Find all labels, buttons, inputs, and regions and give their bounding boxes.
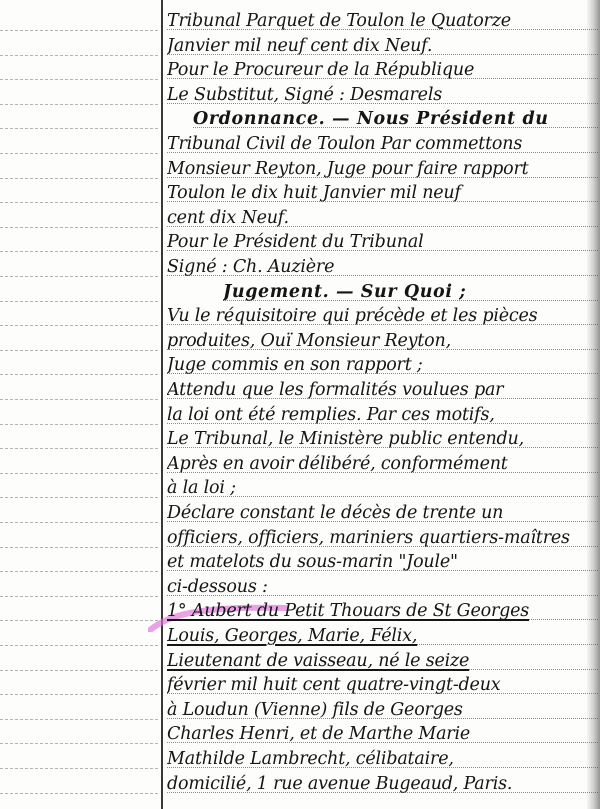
line-text: Attendu que les formalités voulues par — [167, 379, 503, 401]
handwritten-line: Lieutenant de vaisseau, né le seize — [167, 650, 598, 672]
margin-dotted-rule — [0, 350, 158, 351]
margin-dotted-rule — [0, 30, 158, 31]
line-text: février mil huit cent quatre-vingt-deux — [167, 674, 500, 696]
margin-dotted-rule — [0, 79, 158, 80]
line-text: Ordonnance. — Nous Président du — [193, 108, 549, 130]
margin-dotted-rule — [0, 424, 158, 425]
margin-dotted-rule — [0, 743, 158, 744]
margin-dotted-rule — [0, 473, 158, 474]
scanned-register-page: Tribunal Parquet de Toulon le QuatorzeJa… — [0, 0, 600, 809]
handwritten-line: Monsieur Reyton, Juge pour faire rapport — [167, 158, 598, 180]
margin-dotted-rule — [0, 768, 158, 769]
margin-dotted-rule — [0, 301, 158, 302]
margin-dotted-rule — [0, 251, 158, 252]
handwritten-line: Toulon le dix huit Janvier mil neuf — [167, 182, 598, 204]
margin-dotted-rule — [0, 374, 158, 375]
line-text: 1° Aubert du Petit Thouars de St Georges — [167, 600, 529, 622]
handwritten-line: Pour le Procureur de la République — [167, 59, 598, 81]
line-text: ci-dessous : — [167, 576, 268, 598]
line-text: Charles Henri, et de Marthe Marie — [167, 723, 470, 745]
handwritten-line: Le Substitut, Signé : Desmarels — [167, 84, 598, 106]
line-text: à Loudun (Vienne) fils de Georges — [167, 699, 463, 721]
handwritten-line: Janvier mil neuf cent dix Neuf. — [167, 35, 598, 57]
margin-dotted-rule — [0, 276, 158, 277]
handwritten-line: cent dix Neuf. — [167, 207, 598, 229]
line-text: produites, Ouï Monsieur Reyton, — [167, 330, 451, 352]
handwritten-line: Signé : Ch. Auzière — [167, 256, 598, 278]
handwritten-line: Déclare constant le décès de trente un — [167, 502, 598, 524]
handwritten-line: Ordonnance. — Nous Président du — [193, 108, 598, 130]
handwritten-line: Louis, Georges, Marie, Félix, — [167, 625, 598, 647]
handwritten-line: officiers, officiers, mariniers quartier… — [167, 527, 598, 549]
handwritten-line: Juge commis en son rapport ; — [167, 354, 598, 376]
handwritten-line: Après en avoir délibéré, conformément — [167, 453, 598, 475]
margin-dotted-rule — [0, 645, 158, 646]
handwritten-line: Tribunal Civil de Toulon Par commettons — [167, 133, 598, 155]
line-text: Lieutenant de vaisseau, né le seize — [167, 650, 469, 672]
handwritten-line: et matelots du sous-marin "Joule" — [167, 551, 598, 573]
handwritten-text-body: Tribunal Parquet de Toulon le QuatorzeJa… — [163, 0, 600, 809]
margin-dotted-rule — [0, 448, 158, 449]
margin-dotted-rule — [0, 670, 158, 671]
handwritten-line: ci-dessous : — [167, 576, 598, 598]
line-text: Vu le réquisitoire qui précède et les pi… — [167, 305, 537, 327]
line-text: Juge commis en son rapport ; — [167, 354, 423, 376]
line-text: cent dix Neuf. — [167, 207, 289, 229]
handwritten-line: à Loudun (Vienne) fils de Georges — [167, 699, 598, 721]
handwritten-line: Le Tribunal, le Ministère public entendu… — [167, 428, 598, 450]
margin-dotted-rule — [0, 793, 158, 794]
line-text: Jugement. — Sur Quoi ; — [223, 281, 466, 303]
line-text: Le Tribunal, le Ministère public entendu… — [167, 428, 524, 450]
margin-dotted-rule — [0, 571, 158, 572]
page-edge-shadow — [586, 0, 600, 809]
handwritten-line: 1° Aubert du Petit Thouars de St Georges — [167, 600, 598, 622]
margin-dotted-rule — [0, 153, 158, 154]
handwritten-line: Jugement. — Sur Quoi ; — [223, 281, 598, 303]
line-text: Signé : Ch. Auzière — [167, 256, 334, 278]
margin-dotted-rule — [0, 128, 158, 129]
margin-dotted-rule — [0, 522, 158, 523]
margin-dotted-rule — [0, 399, 158, 400]
line-text: Tribunal Parquet de Toulon le Quatorze — [167, 10, 511, 32]
line-text: à la loi ; — [167, 477, 236, 499]
line-text: Déclare constant le décès de trente un — [167, 502, 503, 524]
line-text: Pour le Procureur de la République — [167, 59, 474, 81]
handwritten-line: produites, Ouï Monsieur Reyton, — [167, 330, 598, 352]
margin-dotted-rule — [0, 227, 158, 228]
margin-dotted-rule — [0, 694, 158, 695]
left-margin — [0, 0, 160, 809]
margin-dotted-rule — [0, 325, 158, 326]
handwritten-line: Pour le Président du Tribunal — [167, 231, 598, 253]
line-text: la loi ont été remplies. Par ces motifs, — [167, 404, 495, 426]
margin-dotted-rule — [0, 178, 158, 179]
handwritten-line: Attendu que les formalités voulues par — [167, 379, 598, 401]
handwritten-line: à la loi ; — [167, 477, 598, 499]
handwritten-line: Tribunal Parquet de Toulon le Quatorze — [167, 10, 598, 32]
handwritten-line: février mil huit cent quatre-vingt-deux — [167, 674, 598, 696]
margin-dotted-rule — [0, 104, 158, 105]
margin-dotted-rule — [0, 497, 158, 498]
margin-dotted-rule — [0, 55, 158, 56]
handwritten-line: Mathilde Lambrecht, célibataire, — [167, 748, 598, 770]
line-text: Le Substitut, Signé : Desmarels — [167, 84, 442, 106]
line-text: Louis, Georges, Marie, Félix, — [167, 625, 417, 647]
margin-dotted-rule — [0, 547, 158, 548]
line-text: Après en avoir délibéré, conformément — [167, 453, 508, 475]
handwritten-line: Vu le réquisitoire qui précède et les pi… — [167, 305, 598, 327]
margin-dotted-rule — [0, 620, 158, 621]
line-text: Monsieur Reyton, Juge pour faire rapport — [167, 158, 529, 180]
line-text: et matelots du sous-marin "Joule" — [167, 551, 458, 573]
margin-dotted-rule — [0, 202, 158, 203]
line-text: Tribunal Civil de Toulon Par commettons — [167, 133, 522, 155]
line-text: Toulon le dix huit Janvier mil neuf — [167, 182, 461, 204]
handwritten-line: la loi ont été remplies. Par ces motifs, — [167, 404, 598, 426]
line-text: domicilié, 1 rue avenue Bugeaud, Paris. — [167, 773, 512, 795]
line-text: Pour le Président du Tribunal — [167, 231, 423, 253]
line-text: Janvier mil neuf cent dix Neuf. — [167, 35, 432, 57]
margin-dotted-rule — [0, 719, 158, 720]
handwritten-line: domicilié, 1 rue avenue Bugeaud, Paris. — [167, 773, 598, 795]
line-text: Mathilde Lambrecht, célibataire, — [167, 748, 454, 770]
line-text: officiers, officiers, mariniers quartier… — [167, 527, 570, 549]
handwritten-line: Charles Henri, et de Marthe Marie — [167, 723, 598, 745]
margin-dotted-rule — [0, 596, 158, 597]
